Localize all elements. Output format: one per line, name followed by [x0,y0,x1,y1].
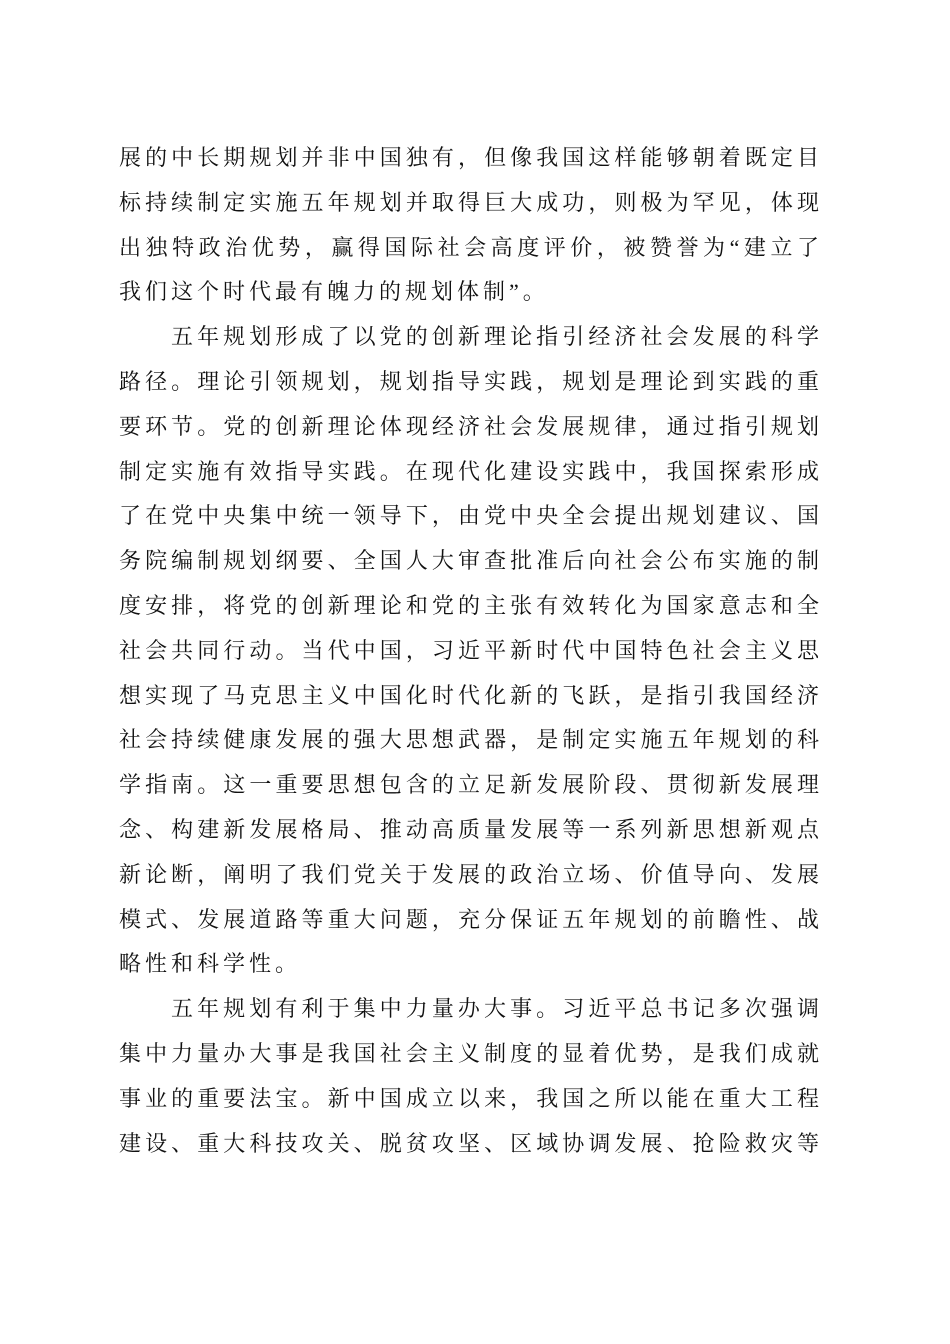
text-line: 五年规划有利于集中力量办大事。习近平总书记多次强调 [171,987,823,1032]
text-line: 念、构建新发展格局、推动高质量发展等一系列新思想新观点 [119,808,823,853]
text-line: 事业的重要法宝。新中国成立以来，我国之所以能在重大工程 [119,1077,823,1122]
text-line: 务院编制规划纲要、全国人大审查批准后向社会公布实施的制 [119,539,823,584]
text-line: 出独特政治优势，赢得国际社会高度评价，被赞誉为“建立了 [119,226,823,271]
text-line: 我们这个时代最有魄力的规划体制”。 [119,270,823,315]
text-line: 社会持续健康发展的强大思想武器，是制定实施五年规划的科 [119,718,823,763]
text-line: 新论断，阐明了我们党关于发展的政治立场、价值导向、发展 [119,853,823,898]
text-line: 标持续制定实施五年规划并取得巨大成功，则极为罕见，体现 [119,181,823,226]
paragraph-1: 展的中长期规划并非中国独有，但像我国这样能够朝着既定目 标持续制定实施五年规划并… [119,136,823,315]
body-text: 展的中长期规划并非中国独有，但像我国这样能够朝着既定目 标持续制定实施五年规划并… [119,136,823,1166]
paragraph-3: 五年规划有利于集中力量办大事。习近平总书记多次强调 集中力量办大事是我国社会主义… [119,987,823,1166]
text-line: 建设、重大科技攻关、脱贫攻坚、区域协调发展、抢险救灾等 [119,1122,823,1167]
text-line: 展的中长期规划并非中国独有，但像我国这样能够朝着既定目 [119,136,823,181]
text-line: 制定实施有效指导实践。在现代化建设实践中，我国探索形成 [119,450,823,495]
text-line: 要环节。党的创新理论体现经济社会发展规律，通过指引规划 [119,405,823,450]
text-line: 五年规划形成了以党的创新理论指引经济社会发展的科学 [171,315,823,360]
text-line: 社会共同行动。当代中国，习近平新时代中国特色社会主义思 [119,629,823,674]
document-page: 展的中长期规划并非中国独有，但像我国这样能够朝着既定目 标持续制定实施五年规划并… [0,0,950,1344]
text-line: 想实现了马克思主义中国化时代化新的飞跃，是指引我国经济 [119,674,823,719]
text-line: 度安排，将党的创新理论和党的主张有效转化为国家意志和全 [119,584,823,629]
text-line: 略性和科学性。 [119,942,823,987]
text-line: 学指南。这一重要思想包含的立足新发展阶段、贯彻新发展理 [119,763,823,808]
text-line: 了在党中央集中统一领导下，由党中央全会提出规划建议、国 [119,494,823,539]
paragraph-2: 五年规划形成了以党的创新理论指引经济社会发展的科学 路径。理论引领规划，规划指导… [119,315,823,987]
text-line: 路径。理论引领规划，规划指导实践，规划是理论到实践的重 [119,360,823,405]
text-line: 模式、发展道路等重大问题，充分保证五年规划的前瞻性、战 [119,898,823,943]
text-line: 集中力量办大事是我国社会主义制度的显着优势，是我们成就 [119,1032,823,1077]
